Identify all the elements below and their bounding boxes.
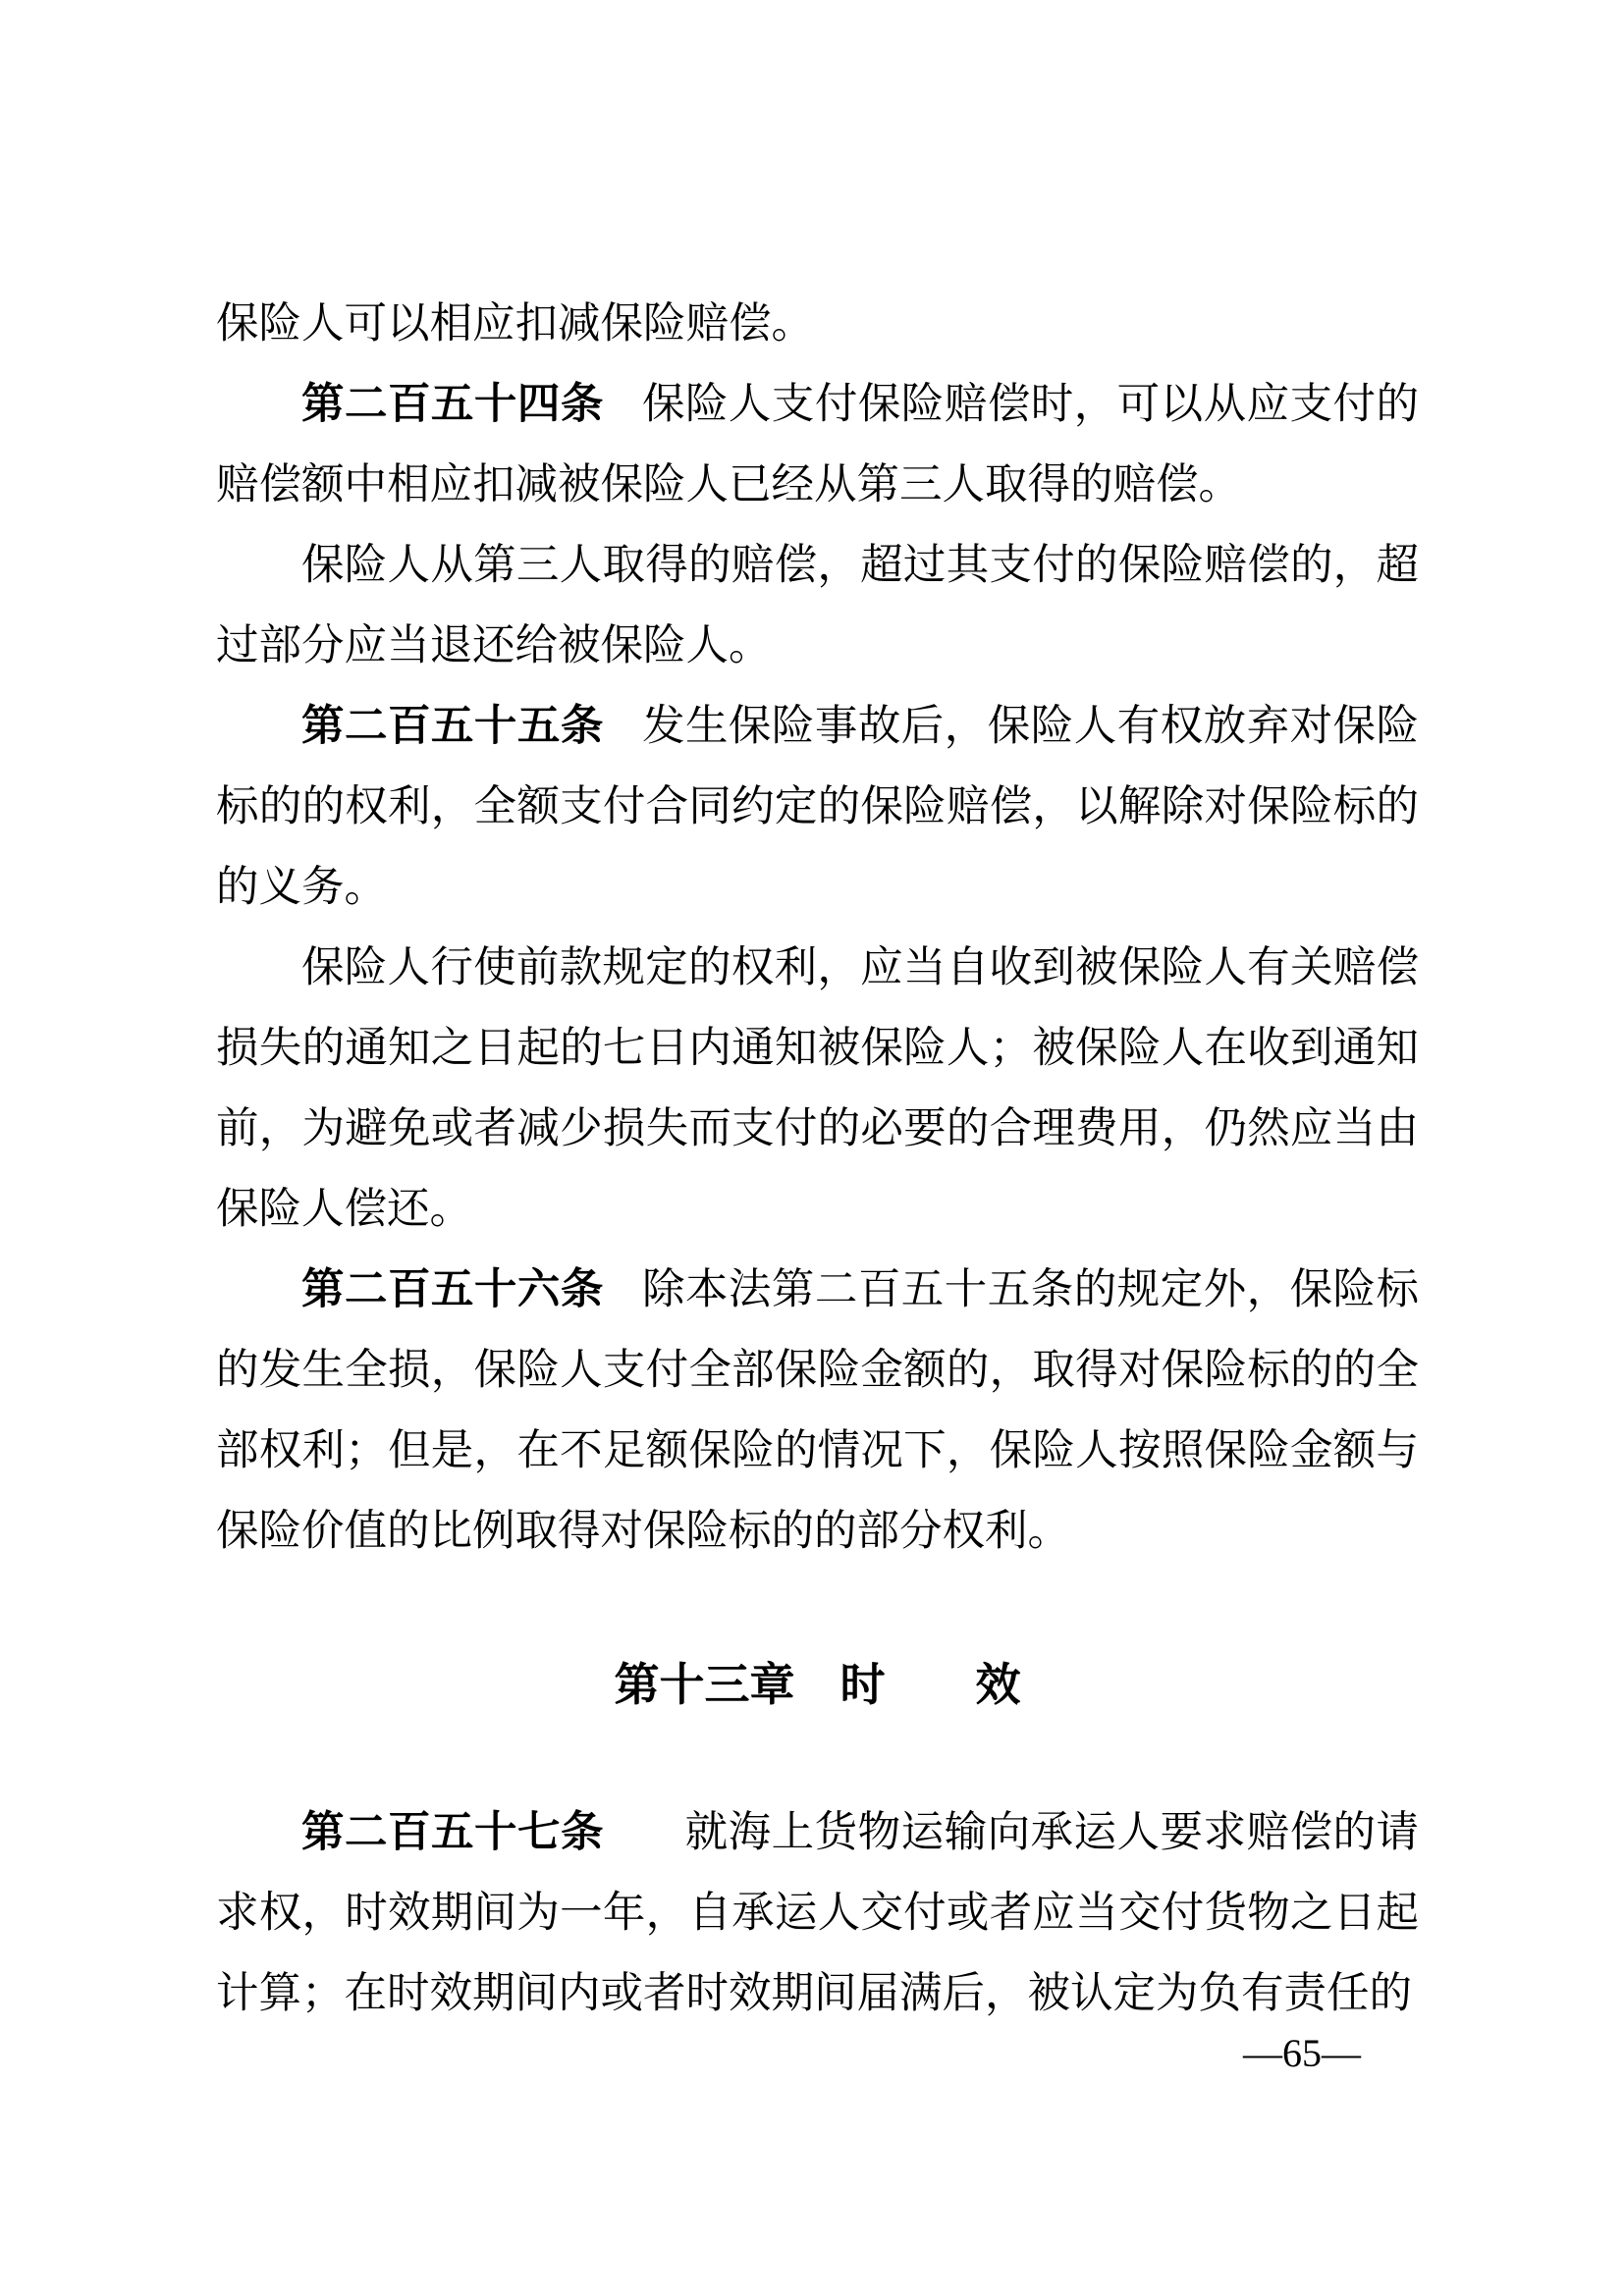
article-254-paragraph: 第二百五十四条保险人支付保险赔偿时，可以从应支付的赔偿额中相应扣减被保险人已经从…: [216, 364, 1419, 525]
article-254-number: 第二百五十四条: [301, 381, 604, 428]
page-number: —65—: [1243, 2032, 1361, 2075]
article-257-paragraph: 第二百五十七条就海上货物运输向承运人要求赔偿的请求权，时效期间为一年，自承运人交…: [216, 1792, 1419, 2034]
article-255-number: 第二百五十五条: [301, 703, 604, 750]
paragraph-text: 保险人从第三人取得的赔偿，超过其支付的保险赔偿的，超过部分应当退还给被保险人。: [216, 542, 1419, 669]
article-254-second-paragraph: 保险人从第三人取得的赔偿，超过其支付的保险赔偿的，超过部分应当退还给被保险人。: [216, 525, 1419, 686]
article-255-second-paragraph: 保险人行使前款规定的权利，应当自收到被保险人有关赔偿损失的通知之日起的七日内通知…: [216, 928, 1419, 1250]
document-page: 保险人可以相应扣减保险赔偿。 第二百五十四条保险人支付保险赔偿时，可以从应支付的…: [0, 0, 1624, 2296]
paragraph-text: 保险人可以相应扣减保险赔偿。: [216, 300, 814, 347]
article-255-paragraph: 第二百五十五条发生保险事故后，保险人有权放弃对保险标的的权利，全额支付合同约定的…: [216, 686, 1419, 928]
body-text: 保险人可以相应扣减保险赔偿。 第二百五十四条保险人支付保险赔偿时，可以从应支付的…: [216, 284, 1419, 2034]
article-256-number: 第二百五十六条: [301, 1266, 604, 1313]
continuation-paragraph: 保险人可以相应扣减保险赔偿。: [216, 284, 1419, 364]
article-256-paragraph: 第二百五十六条除本法第二百五十五条的规定外，保险标的发生全损，保险人支付全部保险…: [216, 1250, 1419, 1572]
chapter-13-heading: 第十三章 时 效: [216, 1644, 1419, 1725]
paragraph-text: 保险人行使前款规定的权利，应当自收到被保险人有关赔偿损失的通知之日起的七日内通知…: [216, 944, 1419, 1233]
article-257-number: 第二百五十七条: [301, 1809, 604, 1856]
